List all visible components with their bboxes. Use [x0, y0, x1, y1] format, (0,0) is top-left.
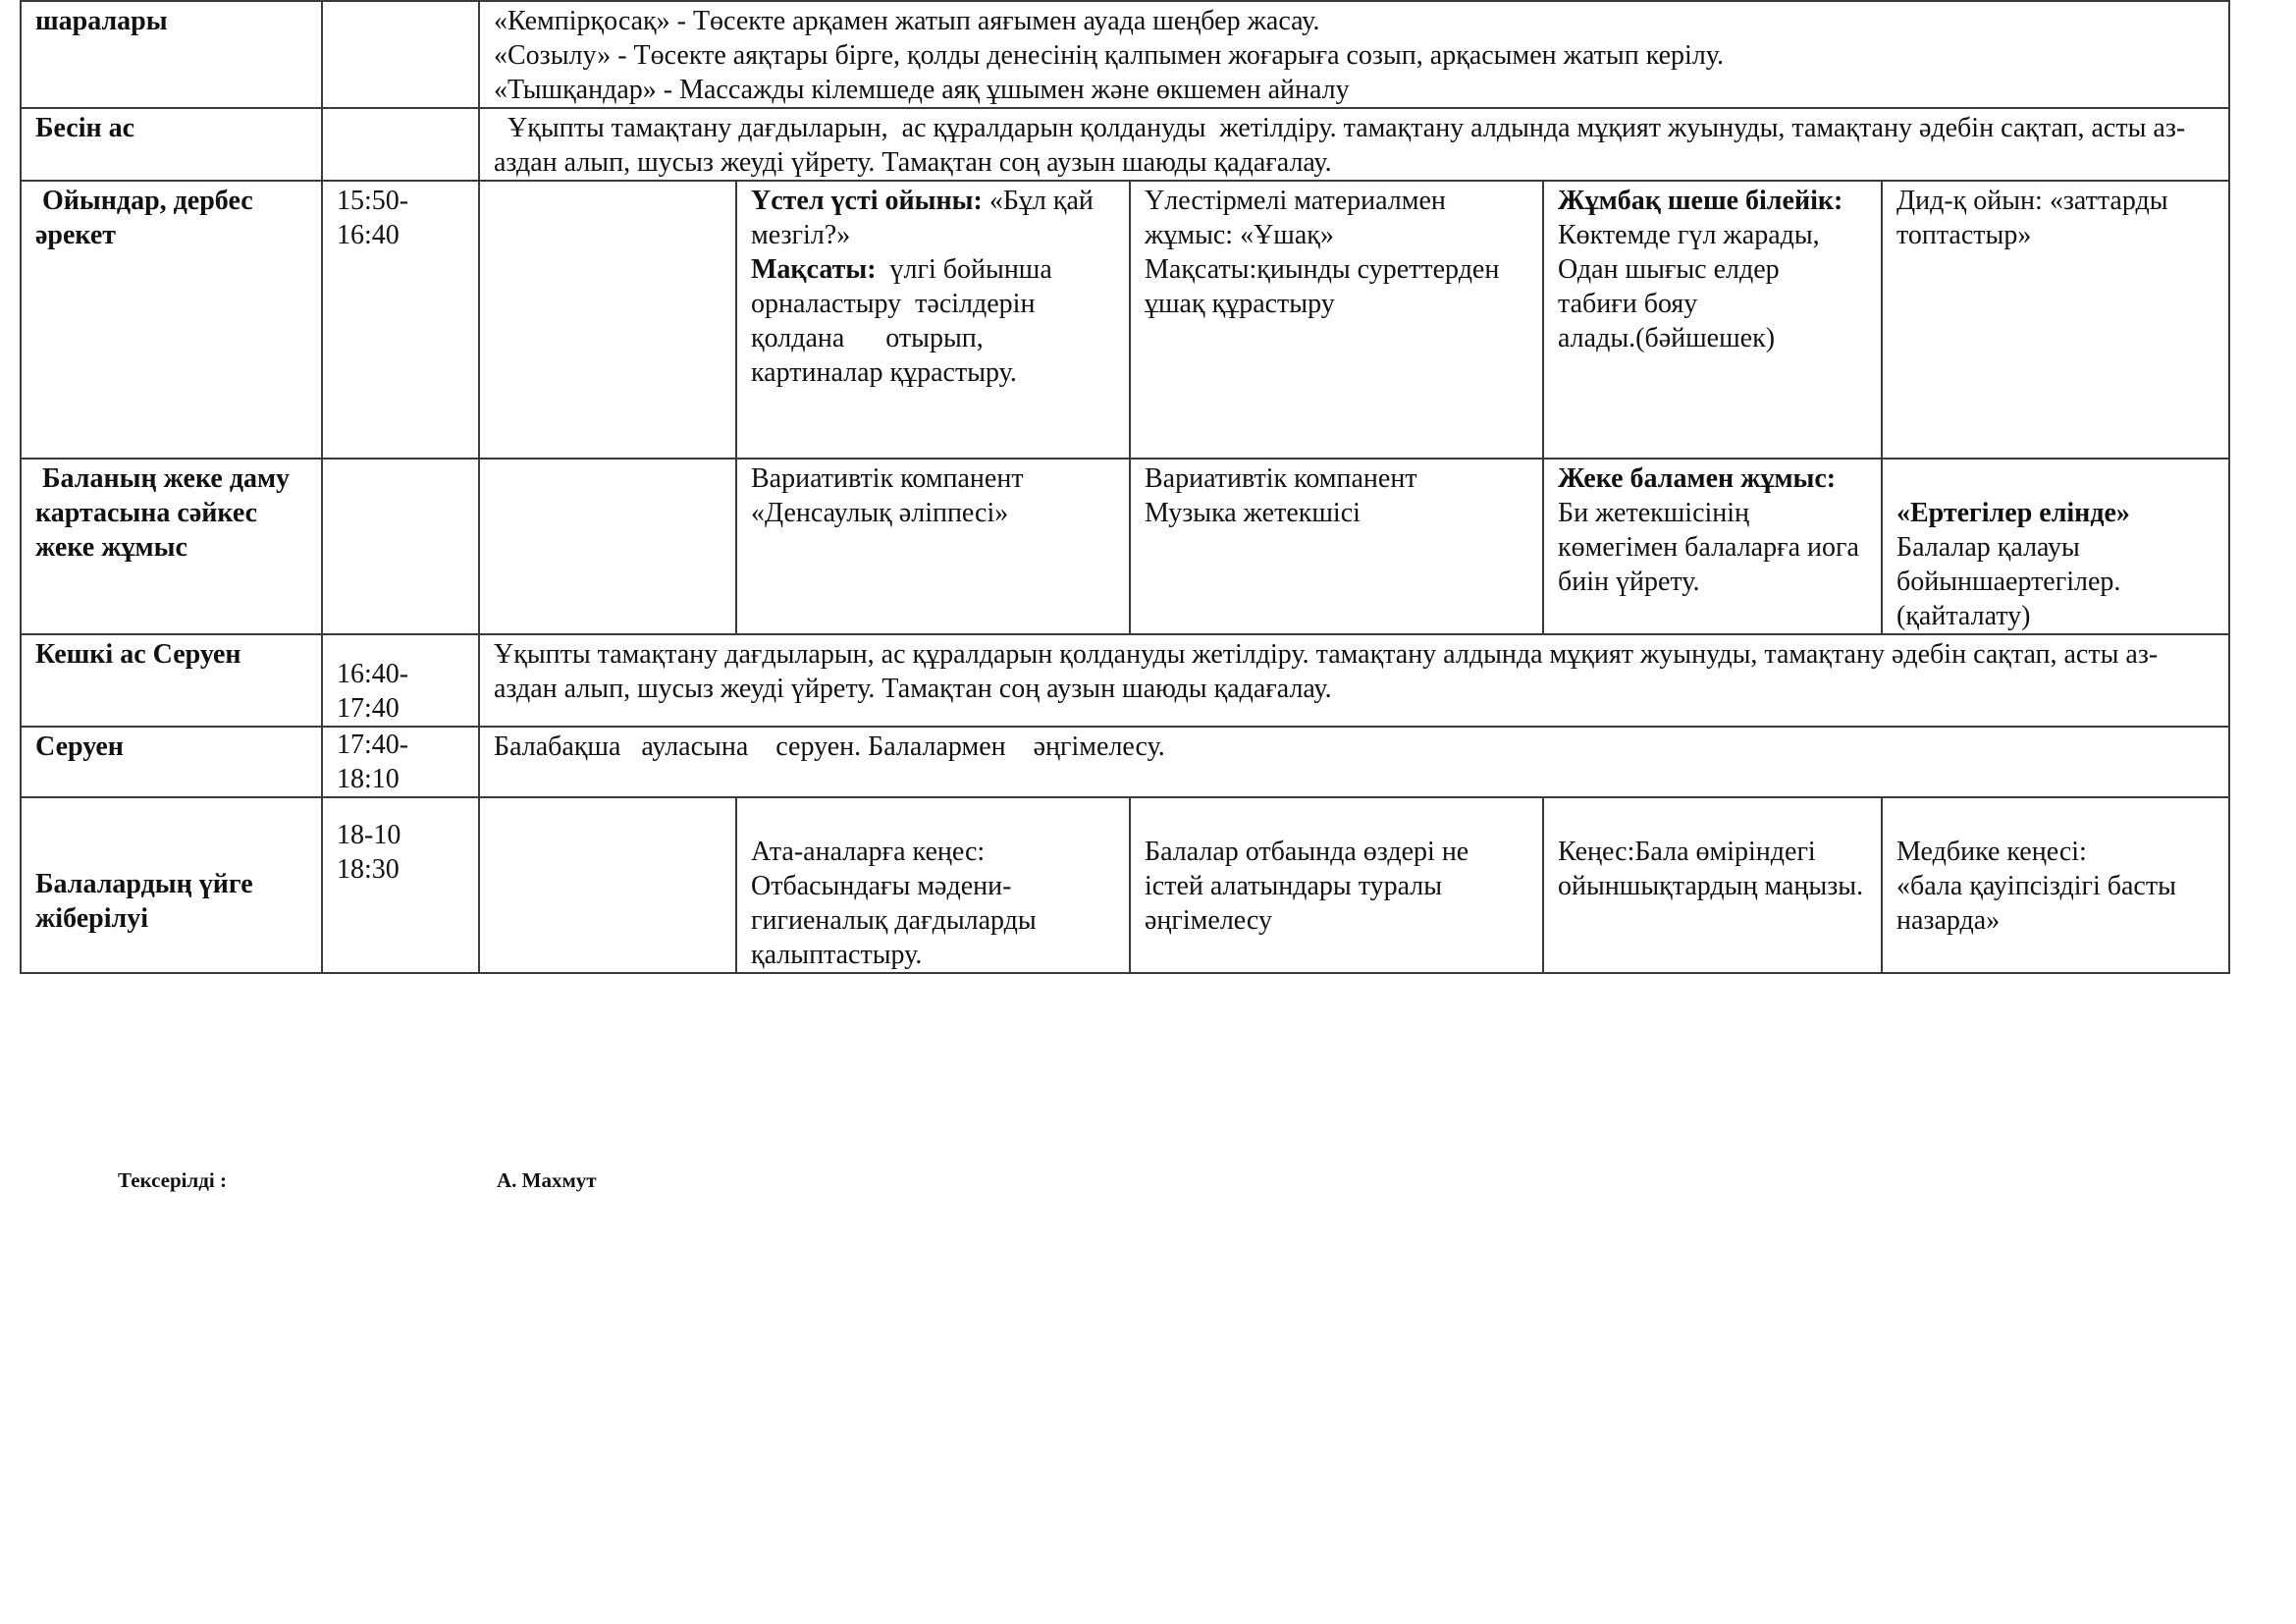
activity-cell: Үлестірмелі материалмен жұмыс: «Ұшақ» Ма… [1130, 181, 1543, 459]
row-label: Серуен [21, 727, 322, 797]
row-time [322, 459, 479, 634]
row-content: Ұқыпты тамақтану дағдыларын, ас құралдар… [479, 108, 2229, 181]
table-row: Баланың жеке даму картасына сәйкес жеке … [21, 459, 2229, 634]
riddle-line: Көктемде гүл жарады, [1558, 218, 1867, 252]
activity-cell: «Ертегілер елінде» Балалар қалауы бойынш… [1882, 459, 2229, 634]
activity-cell: Үстел үсті ойыны: «Бұл қай мезгіл?»Мақса… [736, 181, 1130, 459]
activity-cell: Жұмбақ шеше білейік: Көктемде гүл жарады… [1543, 181, 1882, 459]
empty-cell [479, 797, 736, 973]
activity-text: Үлестірмелі материалмен жұмыс: «Ұшақ» [1145, 184, 1528, 252]
activity-cell: Медбике кеңесі: «бала қауіпсіздігі басты… [1882, 797, 2229, 973]
empty-cell [479, 459, 736, 634]
row-label: Балалардың үйге жіберілуі [21, 797, 322, 973]
exercise-line: «Созылу» - Төсекте аяқтары бірге, қолды … [494, 38, 2215, 73]
row-content: Ұқыпты тамақтану дағдыларын, ас құралдар… [479, 634, 2229, 727]
time-end: 16:40 [337, 218, 464, 252]
activity-cell: Ата-аналарға кеңес: Отбасындағы мәдени-г… [736, 797, 1130, 973]
exercise-line: «Тышқандар» - Массажды кілемшеде аяқ ұшы… [494, 73, 2215, 107]
riddle-line: табиғи бояу [1558, 287, 1867, 321]
activity-cell: Балалар отбаында өздері не істей алатынд… [1130, 797, 1543, 973]
table-row: Кешкі ас Серуен 16:40-17:40 Ұқыпты тамақ… [21, 634, 2229, 727]
riddle-line: алады.(бәйшешек) [1558, 321, 1867, 355]
table-row: Бесін ас Ұқыпты тамақтану дағдыларын, ас… [21, 108, 2229, 181]
activity-text: «Денсаулық әліппесі» [751, 496, 1115, 530]
empty-cell [479, 181, 736, 459]
activity-text: Би жетекшісінің көмегімен балаларға иога… [1558, 496, 1867, 599]
table-row: шаралары «Кемпірқосақ» - Төсекте арқамен… [21, 1, 2229, 108]
goal-label: Мақсаты: [751, 254, 877, 285]
row-time: 18-10 18:30 [322, 797, 479, 973]
table-row: Серуен 17:40-18:10 Балабақша ауласына се… [21, 727, 2229, 797]
row-label: Ойындар, дербес әрекет [21, 181, 322, 459]
activity-title: Жұмбақ шеше білейік: [1558, 184, 1867, 218]
row-time: 16:40-17:40 [322, 634, 479, 727]
activity-text: Дид-қ ойын: «заттарды топтастыр» [1896, 184, 2215, 252]
activity-cell: Вариативтік компанент Музыка жетекшісі [1130, 459, 1543, 634]
activity-cell: Вариативтік компанент «Денсаулық әліппес… [736, 459, 1130, 634]
activity-title: Жеке баламен жұмыс: [1558, 461, 1867, 496]
activity-text: Музыка жетекшісі [1145, 496, 1528, 530]
table-row: Балалардың үйге жіберілуі 18-10 18:30 Ат… [21, 797, 2229, 973]
checked-label: Тексерілді : [118, 1168, 227, 1193]
row-time: 17:40-18:10 [322, 727, 479, 797]
activity-text: Медбике кеңесі: [1896, 835, 2215, 869]
activity-text: Балалар қалауы бойыншаертегілер.(қайтала… [1896, 530, 2215, 633]
time-start: 18-10 [337, 818, 464, 852]
row-time [322, 1, 479, 108]
row-label: Бесін ас [21, 108, 322, 181]
activity-text: Вариативтік компанент [751, 461, 1115, 496]
riddle-line: Одан шығыс елдер [1558, 252, 1867, 287]
row-time [322, 108, 479, 181]
activity-text: «бала қауіпсіздігі басты назарда» [1896, 869, 2215, 938]
daily-plan-table: шаралары «Кемпірқосақ» - Төсекте арқамен… [20, 0, 2230, 974]
activity-title: Үстел үсті ойыны: [751, 186, 983, 216]
time-end: 18:30 [337, 852, 464, 887]
time-start: 15:50- [337, 184, 464, 218]
activity-text: Вариативтік компанент [1145, 461, 1528, 496]
activity-text: Мақсаты:қиынды суреттерден ұшақ құрастыр… [1145, 252, 1528, 321]
activity-title: «Ертегілер елінде» [1896, 496, 2215, 530]
activity-cell: Жеке баламен жұмыс: Би жетекшісінің көме… [1543, 459, 1882, 634]
activity-cell: Дид-қ ойын: «заттарды топтастыр» [1882, 181, 2229, 459]
exercise-line: «Кемпірқосақ» - Төсекте арқамен жатып ая… [494, 4, 2215, 38]
row-content: Балабақша ауласына серуен. Балалармен әң… [479, 727, 2229, 797]
checker-name: А. Махмут [497, 1168, 597, 1193]
table-row: Ойындар, дербес әрекет 15:50- 16:40 Үсте… [21, 181, 2229, 459]
row-label: Баланың жеке даму картасына сәйкес жеке … [21, 459, 322, 634]
row-content: «Кемпірқосақ» - Төсекте арқамен жатып ая… [479, 1, 2229, 108]
row-time: 15:50- 16:40 [322, 181, 479, 459]
row-label: шаралары [21, 1, 322, 108]
row-label: Кешкі ас Серуен [21, 634, 322, 727]
activity-cell: Кеңес:Бала өміріндегі ойыншықтардың маңы… [1543, 797, 1882, 973]
